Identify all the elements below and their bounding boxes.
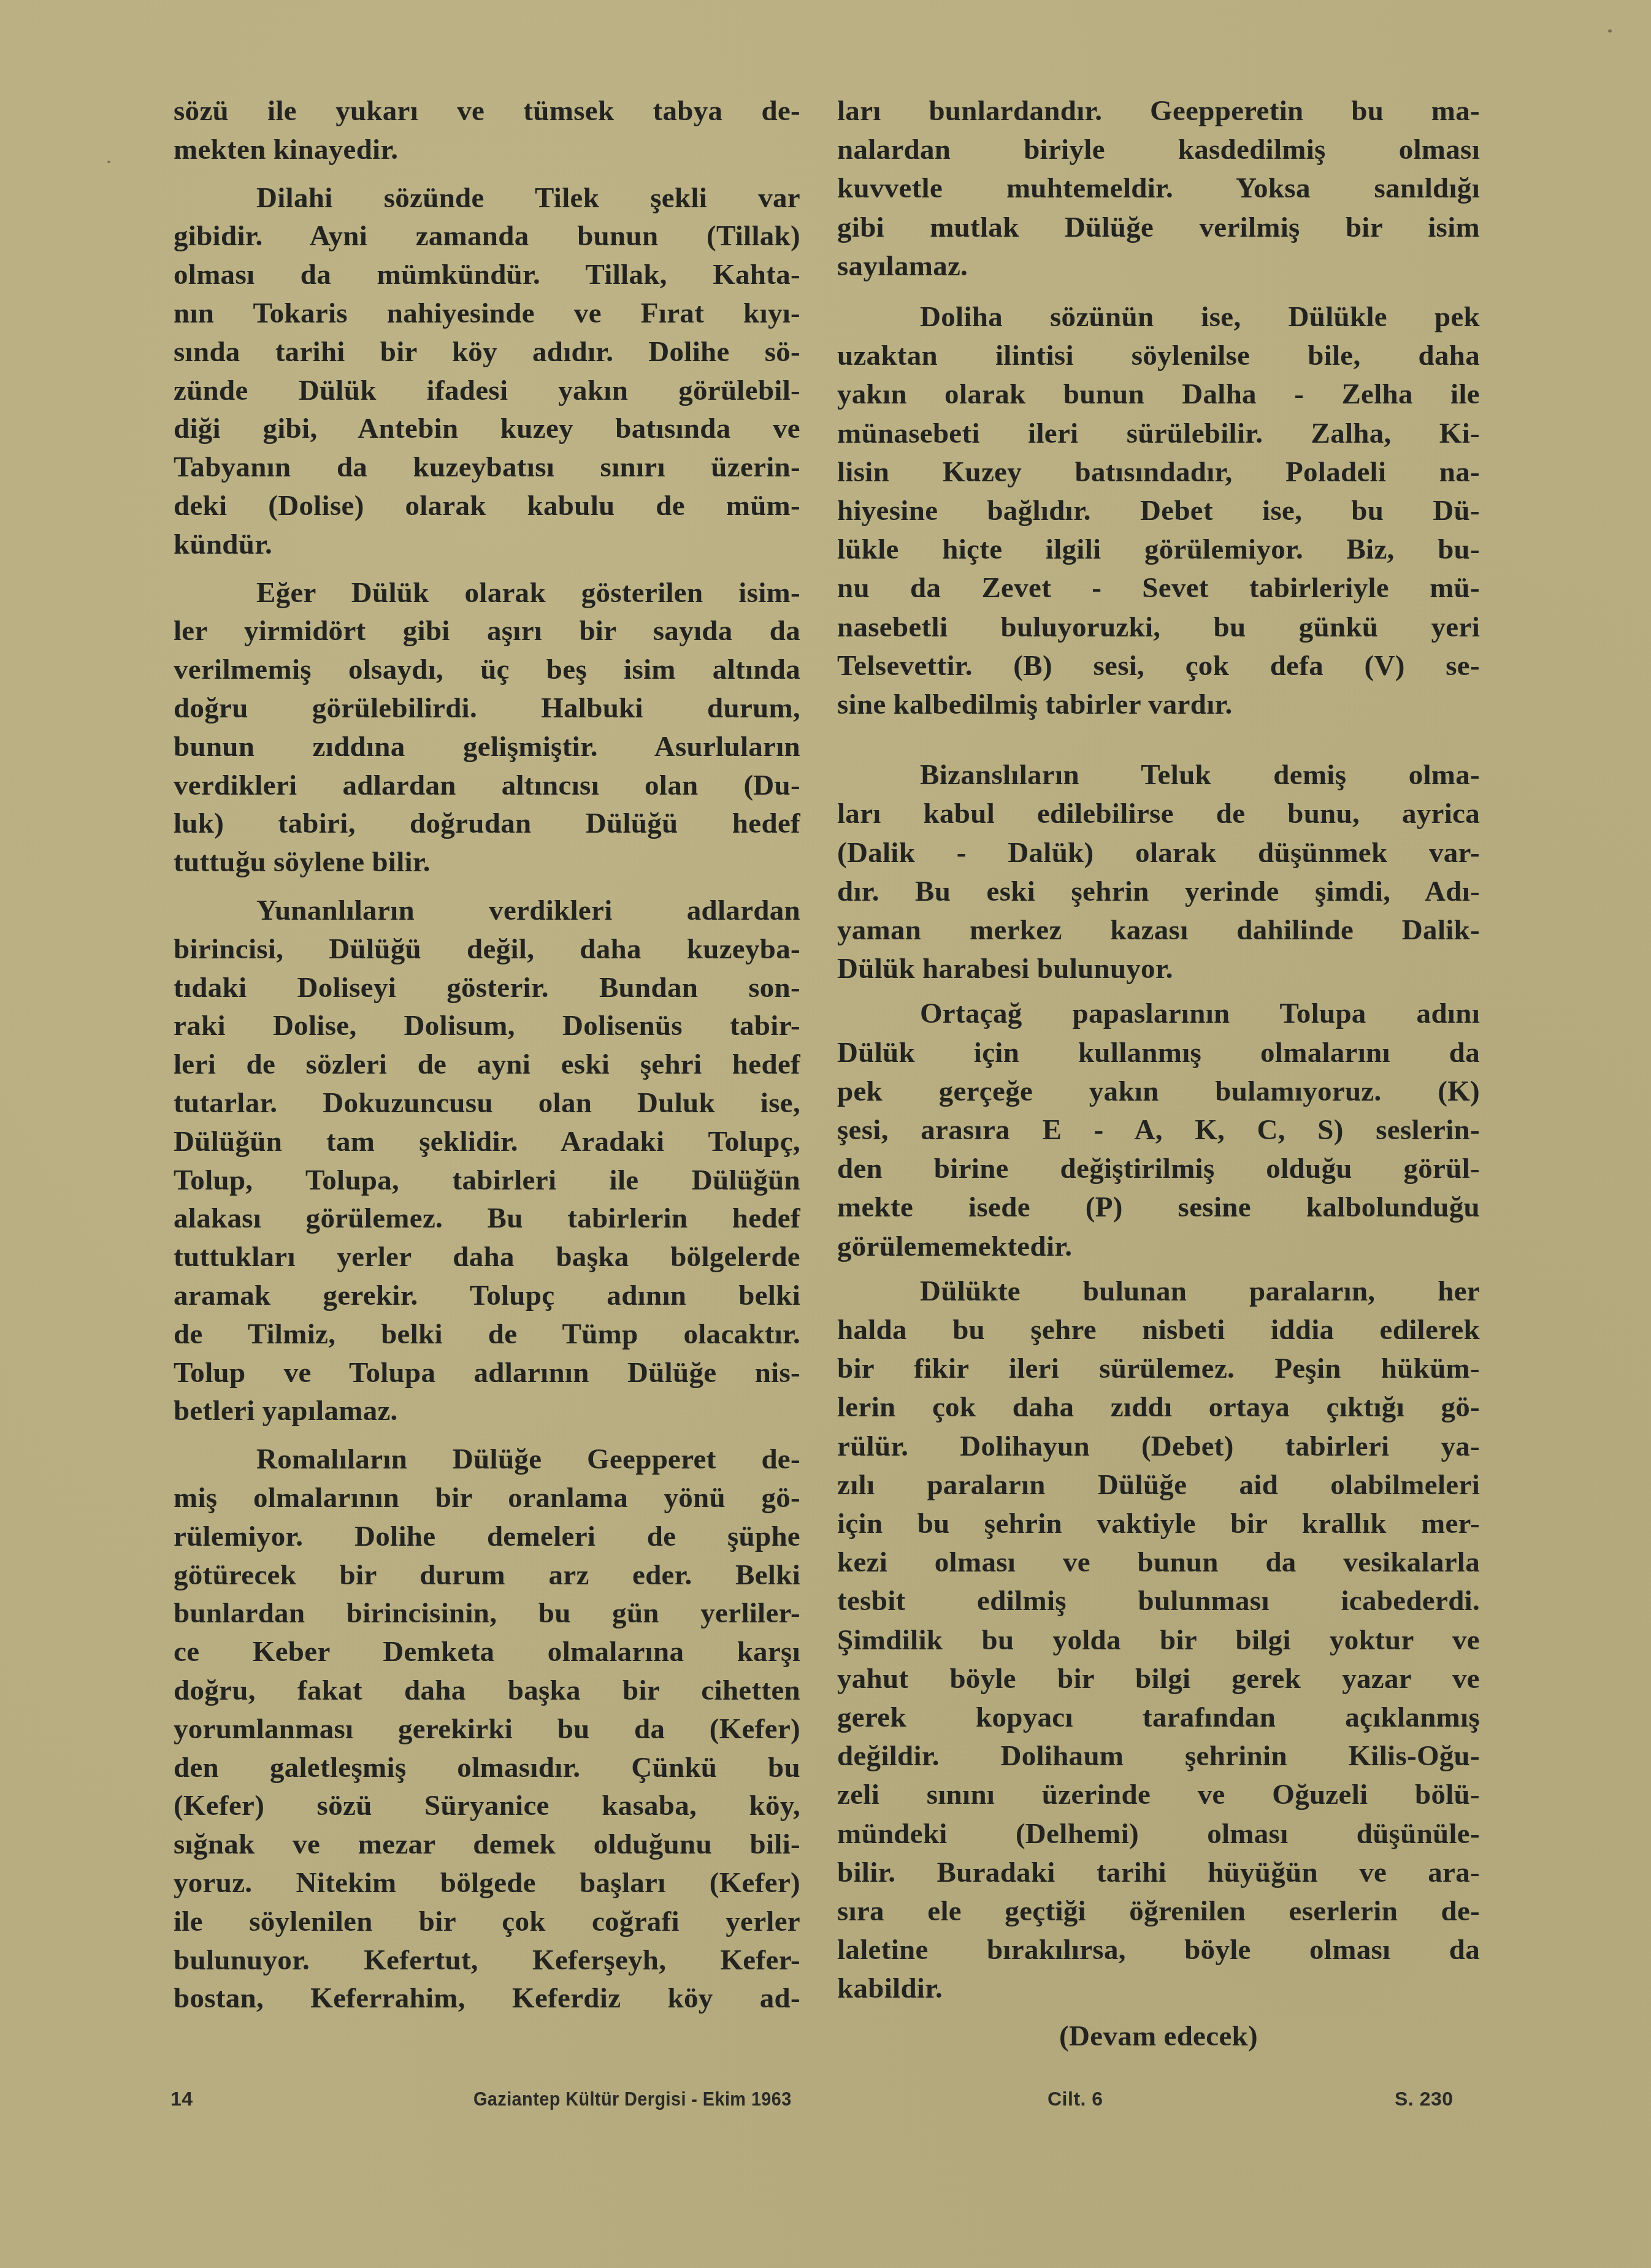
text-line: tesbit edilmiş bulunması icabederdi. — [837, 1582, 1480, 1620]
text-line: yorumlanması gerekirki bu da (Kefer) — [174, 1710, 800, 1748]
text-line: yahut böyle bir bilgi gerek yazar ve — [837, 1660, 1480, 1698]
text-line: şesi, arasıra E - A, K, C, S) seslerin- — [837, 1111, 1480, 1149]
text-line: Dülük harabesi bulunuyor. — [837, 950, 1480, 988]
text-line: zılı paraların Dülüğe aid olabilmeleri — [837, 1466, 1480, 1504]
text-line: Tabyanın da kuzeybatısı sınırı üzerin- — [174, 448, 800, 486]
paragraph-first-line: Romalıların Dülüğe Geepperet de- — [174, 1440, 800, 1478]
text-line: lükle hiçte ilgili görülemiyor. Biz, bu- — [837, 530, 1480, 568]
text-line: (Kefer) sözü Süryanice kasaba, köy, — [174, 1787, 800, 1825]
text-line: sında tarihi bir köy adıdır. Dolihe sö- — [174, 333, 800, 371]
paper-speck — [107, 161, 110, 163]
text-line: rülemiyor. Dolihe demeleri de şüphe — [174, 1518, 800, 1556]
text-line: münasebeti ileri sürülebilir. Zalha, Ki- — [837, 414, 1480, 452]
paragraph-first-line: Eğer Dülük olarak gösterilen isim- — [174, 574, 800, 612]
text-line: Dülük için kullanmış olmalarını da — [837, 1034, 1480, 1072]
paper-speck — [1608, 29, 1612, 32]
text-line: laletine bırakılırsa, böyle olması da — [837, 1931, 1480, 1969]
text-line: betleri yapılamaz. — [174, 1392, 800, 1430]
text-line: görülememektedir. — [837, 1228, 1480, 1266]
text-line: götürecek bir durum arz eder. Belki — [174, 1556, 800, 1594]
text-line: değildir. Dolihaum şehrinin Kilis-Oğu- — [837, 1737, 1480, 1775]
text-line: leri de sözleri de ayni eski şehri hedef — [174, 1045, 800, 1083]
text-line: halda bu şehre nisbeti iddia edilerek — [837, 1311, 1480, 1349]
paragraph-first-line: Dülükte bulunan paraların, her — [837, 1272, 1480, 1310]
text-line: ları bunlardandır. Geepperetin bu ma- — [837, 92, 1480, 130]
text-line: sıra ele geçtiği öğrenilen eserlerin de- — [837, 1892, 1480, 1930]
text-line: mündeki (Delhemi) olması düşünüle- — [837, 1815, 1480, 1853]
text-line: bilir. Buradaki tarihi hüyüğün ve ara- — [837, 1854, 1480, 1892]
page-number: 14 — [170, 2088, 193, 2110]
issue-number: S. 230 — [1395, 2088, 1454, 2110]
text-line: kezi olması ve bunun da vesikalarla — [837, 1543, 1480, 1581]
text-line: uzaktan ilintisi söylenilse bile, daha — [837, 337, 1480, 375]
text-line: tuttuğu söylene bilir. — [174, 843, 800, 881]
text-line: nu da Zevet - Sevet tabirleriyle mü- — [837, 569, 1480, 607]
text-line: verilmemiş olsaydı, üç beş isim altında — [174, 651, 800, 689]
text-line: doğru, fakat daha başka bir cihetten — [174, 1671, 800, 1709]
text-line: gerek kopyacı tarafından açıklanmış — [837, 1698, 1480, 1736]
text-line: de Tilmiz, belki de Tümp olacaktır. — [174, 1315, 800, 1353]
text-line: miş olmalarının bir oranlama yönü gö- — [174, 1479, 800, 1517]
text-line: alakası görülemez. Bu tabirlerin hedef — [174, 1199, 800, 1237]
text-line: den galetleşmiş olmasıdır. Çünkü bu — [174, 1749, 800, 1787]
text-line: bulunuyor. Kefertut, Keferşeyh, Kefer- — [174, 1941, 800, 1979]
magazine-page: sözü ile yukarı ve tümsek tabya de-mekte… — [0, 0, 1651, 2268]
paragraph-first-line: Ortaçağ papaslarının Tolupa adını — [837, 995, 1480, 1033]
journal-title-date: Gaziantep Kültür Dergisi - Ekim 1963 — [473, 2088, 792, 2110]
text-line: raki Dolise, Dolisum, Dolisenüs tabir- — [174, 1007, 800, 1045]
text-line: luk) tabiri, doğrudan Dülüğü hedef — [174, 804, 800, 842]
paragraph-first-line: Doliha sözünün ise, Dülükle pek — [837, 298, 1480, 336]
page-footer: 14 Gaziantep Kültür Dergisi - Ekim 1963 … — [0, 2088, 1651, 2125]
paragraph-first-line: Dilahi sözünde Tilek şekli var — [174, 179, 800, 217]
text-line: olması da mümkündür. Tillak, Kahta- — [174, 256, 800, 294]
text-line: bir fikir ileri sürülemez. Peşin hüküm- — [837, 1350, 1480, 1388]
continuation-note: (Devam edecek) — [837, 2017, 1480, 2055]
text-line: nın Tokaris nahiyesinde ve Fırat kıyı- — [174, 294, 800, 332]
text-line: yaman merkez kazası dahilinde Dalik- — [837, 911, 1480, 949]
text-line: den birine değiştirilmiş olduğu görül- — [837, 1150, 1480, 1188]
text-line: bunlardan birincisinin, bu gün yerliler- — [174, 1594, 800, 1632]
text-line: rülür. Dolihayun (Debet) tabirleri ya- — [837, 1427, 1480, 1465]
text-line: tıdaki Doliseyi gösterir. Bundan son- — [174, 969, 800, 1007]
paragraph-first-line: Bizanslıların Teluk demiş olma- — [837, 756, 1480, 794]
text-line: sine kalbedilmiş tabirler vardır. — [837, 685, 1480, 724]
text-line: lerin çok daha zıddı ortaya çıktığı gö- — [837, 1388, 1480, 1426]
text-line: tutarlar. Dokuzuncusu olan Duluk ise, — [174, 1084, 800, 1122]
text-line: nasebetli buluyoruzki, bu günkü yeri — [837, 608, 1480, 646]
text-line: tuttukları yerler daha başka bölgelerde — [174, 1238, 800, 1276]
text-line: mekten kinayedir. — [174, 131, 800, 169]
text-line: bostan, Keferrahim, Keferdiz köy ad- — [174, 1979, 800, 2017]
text-line: ler yirmidört gibi aşırı bir sayıda da — [174, 612, 800, 650]
text-line: (Dalik - Dalük) olarak düşünmek var- — [837, 834, 1480, 872]
text-line: aramak gerekir. Tolupç adının belki — [174, 1277, 800, 1315]
text-line: lisin Kuzey batısındadır, Poladeli na- — [837, 453, 1480, 491]
volume-label: Cilt. 6 — [1048, 2088, 1103, 2110]
text-line: Dülüğün tam şeklidir. Aradaki Tolupç, — [174, 1123, 800, 1161]
text-line: Tolup ve Tolupa adlarının Dülüğe nis- — [174, 1354, 800, 1392]
text-line: Şimdilik bu yolda bir bilgi yoktur ve — [837, 1621, 1480, 1659]
text-line: dır. Bu eski şehrin yerinde şimdi, Adı- — [837, 872, 1480, 911]
text-line: zeli sınını üzerinde ve Oğuzeli bölü- — [837, 1776, 1480, 1814]
paragraph-first-line: Yunanlıların verdikleri adlardan — [174, 892, 800, 930]
text-line: mekte isede (P) sesine kalbolunduğu — [837, 1188, 1480, 1226]
text-line: sözü ile yukarı ve tümsek tabya de- — [174, 92, 800, 130]
text-line: bunun zıddına gelişmiştir. Asurluların — [174, 728, 800, 766]
text-line: kabildir. — [837, 1969, 1480, 2007]
text-line: kuvvetle muhtemeldir. Yoksa sanıldığı — [837, 169, 1480, 207]
text-line: ile söylenilen bir çok coğrafi yerler — [174, 1903, 800, 1941]
text-line: zünde Dülük ifadesi yakın görülebil- — [174, 372, 800, 410]
text-line: diği gibi, Antebin kuzey batısında ve — [174, 410, 800, 448]
text-line: sayılamaz. — [837, 247, 1480, 285]
text-line: kündür. — [174, 525, 800, 563]
text-line: Telsevettir. (B) sesi, çok defa (V) se- — [837, 647, 1480, 685]
text-line: için bu şehrin vaktiyle bir krallık mer- — [837, 1505, 1480, 1543]
text-line: ce Keber Demketa olmalarına karşı — [174, 1633, 800, 1671]
text-line: deki (Dolise) olarak kabulu de müm- — [174, 487, 800, 525]
text-line: hiyesine bağlıdır. Debet ise, bu Dü- — [837, 492, 1480, 530]
text-line: doğru görülebilirdi. Halbuki durum, — [174, 689, 800, 727]
text-line: sığnak ve mezar demek olduğunu bili- — [174, 1825, 800, 1863]
text-line: pek gerçeğe yakın bulamıyoruz. (K) — [837, 1072, 1480, 1110]
text-line: yakın olarak bunun Dalha - Zelha ile — [837, 375, 1480, 413]
text-line: Tolup, Tolupa, tabirleri ile Dülüğün — [174, 1161, 800, 1199]
text-line: verdikleri adlardan altıncısı olan (Du- — [174, 766, 800, 804]
text-line: gibi mutlak Dülüğe verilmiş bir isim — [837, 208, 1480, 246]
text-line: yoruz. Nitekim bölgede başları (Kefer) — [174, 1864, 800, 1902]
text-line: nalardan biriyle kasdedilmiş olması — [837, 131, 1480, 169]
text-line: ları kabul edilebilirse de bunu, ayrica — [837, 795, 1480, 833]
text-line: gibidir. Ayni zamanda bunun (Tillak) — [174, 217, 800, 255]
text-line: birincisi, Dülüğü değil, daha kuzeyba- — [174, 930, 800, 968]
